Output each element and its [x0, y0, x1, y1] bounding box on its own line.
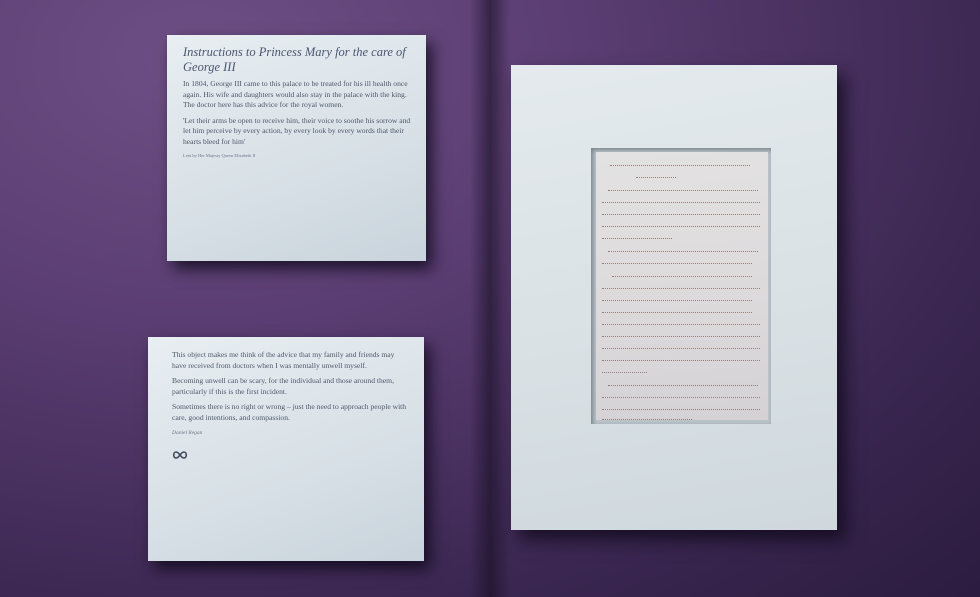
mount-window: [591, 148, 771, 424]
placard-paragraph-1: This object makes me think of the advice…: [172, 350, 408, 371]
placard-quote: 'Let their arms be open to receive him, …: [183, 116, 412, 148]
placard-paragraph: In 1804, George III came to this palace …: [183, 79, 412, 111]
placard-bottom: This object makes me think of the advice…: [148, 337, 424, 561]
infinity-loop-logo-icon: [172, 450, 188, 460]
placard-credit: Lent by Her Majesty Queen Elizabeth II: [183, 152, 412, 160]
handwritten-letter: [596, 152, 768, 420]
placard-signature: Daniel Regan: [172, 428, 408, 439]
placard-title: Instructions to Princess Mary for the ca…: [183, 45, 412, 75]
case-shadow: [470, 0, 510, 597]
letter-mount-board: [511, 65, 837, 530]
placard-paragraph-2: Becoming unwell can be scary, for the in…: [172, 376, 408, 397]
placard-paragraph-3: Sometimes there is no right or wrong – j…: [172, 402, 408, 423]
placard-top: Instructions to Princess Mary for the ca…: [167, 35, 426, 261]
